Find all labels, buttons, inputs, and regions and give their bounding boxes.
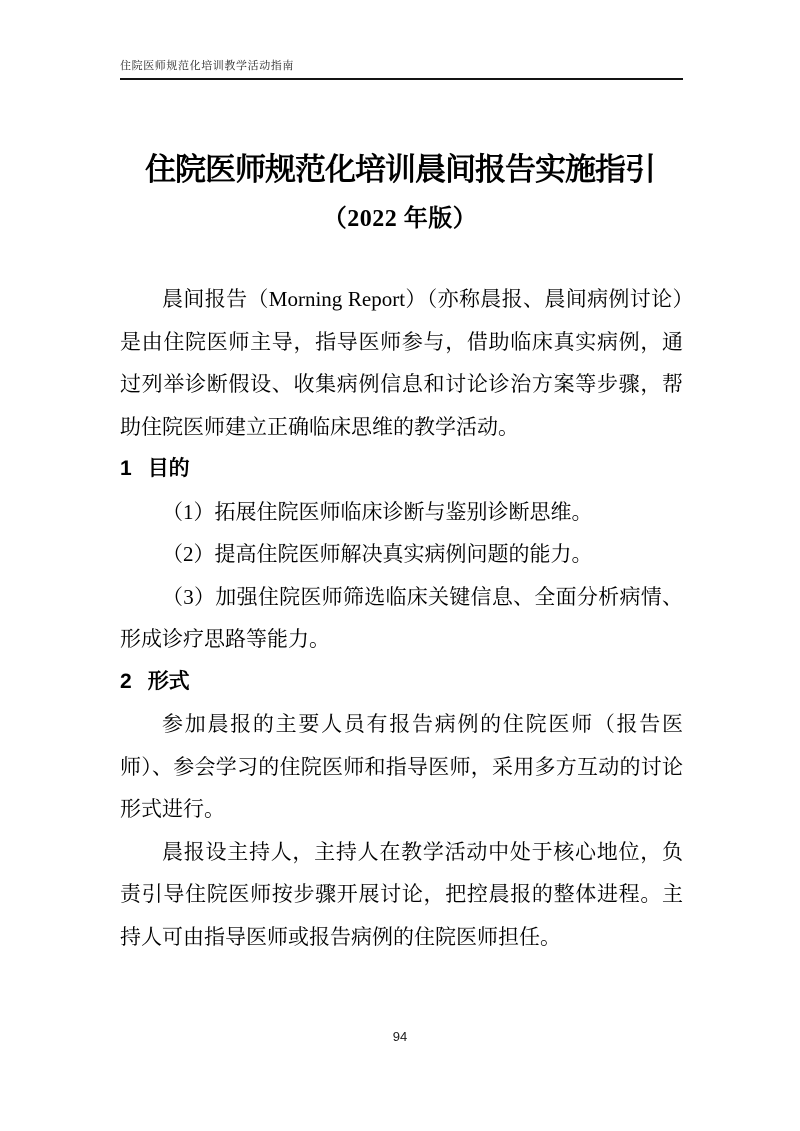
paragraph: 参加晨报的主要人员有报告病例的住院医师（报告医师）、参会学习的住院医师和指导医师… (120, 703, 683, 831)
paragraph: （2）提高住院医师解决真实病例问题的能力。 (120, 533, 683, 576)
running-header-text: 住院医师规范化培训教学活动指南 (120, 60, 294, 72)
section-heading-format: 2 形式 (120, 661, 683, 704)
section-title: 形式 (148, 661, 190, 704)
document-title: 住院医师规范化培训晨间报告实施指引 (0, 150, 800, 190)
edition-subtitle: （2022 年版） (0, 198, 800, 233)
section-title: 目的 (148, 448, 190, 491)
running-header: 住院医师规范化培训教学活动指南 (120, 57, 683, 80)
paragraph: 晨报设主持人，主持人在教学活动中处于核心地位，负责引导住院医师按步骤开展讨论，把… (120, 831, 683, 959)
paragraph: （1）拓展住院医师临床诊断与鉴别诊断思维。 (120, 491, 683, 534)
section-heading-purpose: 1 目的 (120, 448, 683, 491)
paragraph: （3）加强住院医师筛选临床关键信息、全面分析病情、形成诊疗思路等能力。 (120, 576, 683, 661)
section-number: 1 (120, 448, 132, 491)
document-body: 晨间报告（Morning Report）（亦称晨报、晨间病例讨论）是由住院医师主… (120, 278, 683, 958)
intro-paragraph: 晨间报告（Morning Report）（亦称晨报、晨间病例讨论）是由住院医师主… (120, 278, 683, 448)
page-number: 94 (0, 1029, 800, 1044)
section-number: 2 (120, 661, 132, 704)
document-page: 住院医师规范化培训教学活动指南 住院医师规范化培训晨间报告实施指引 （2022 … (0, 0, 800, 1131)
title-block: 住院医师规范化培训晨间报告实施指引 （2022 年版） (0, 150, 800, 233)
